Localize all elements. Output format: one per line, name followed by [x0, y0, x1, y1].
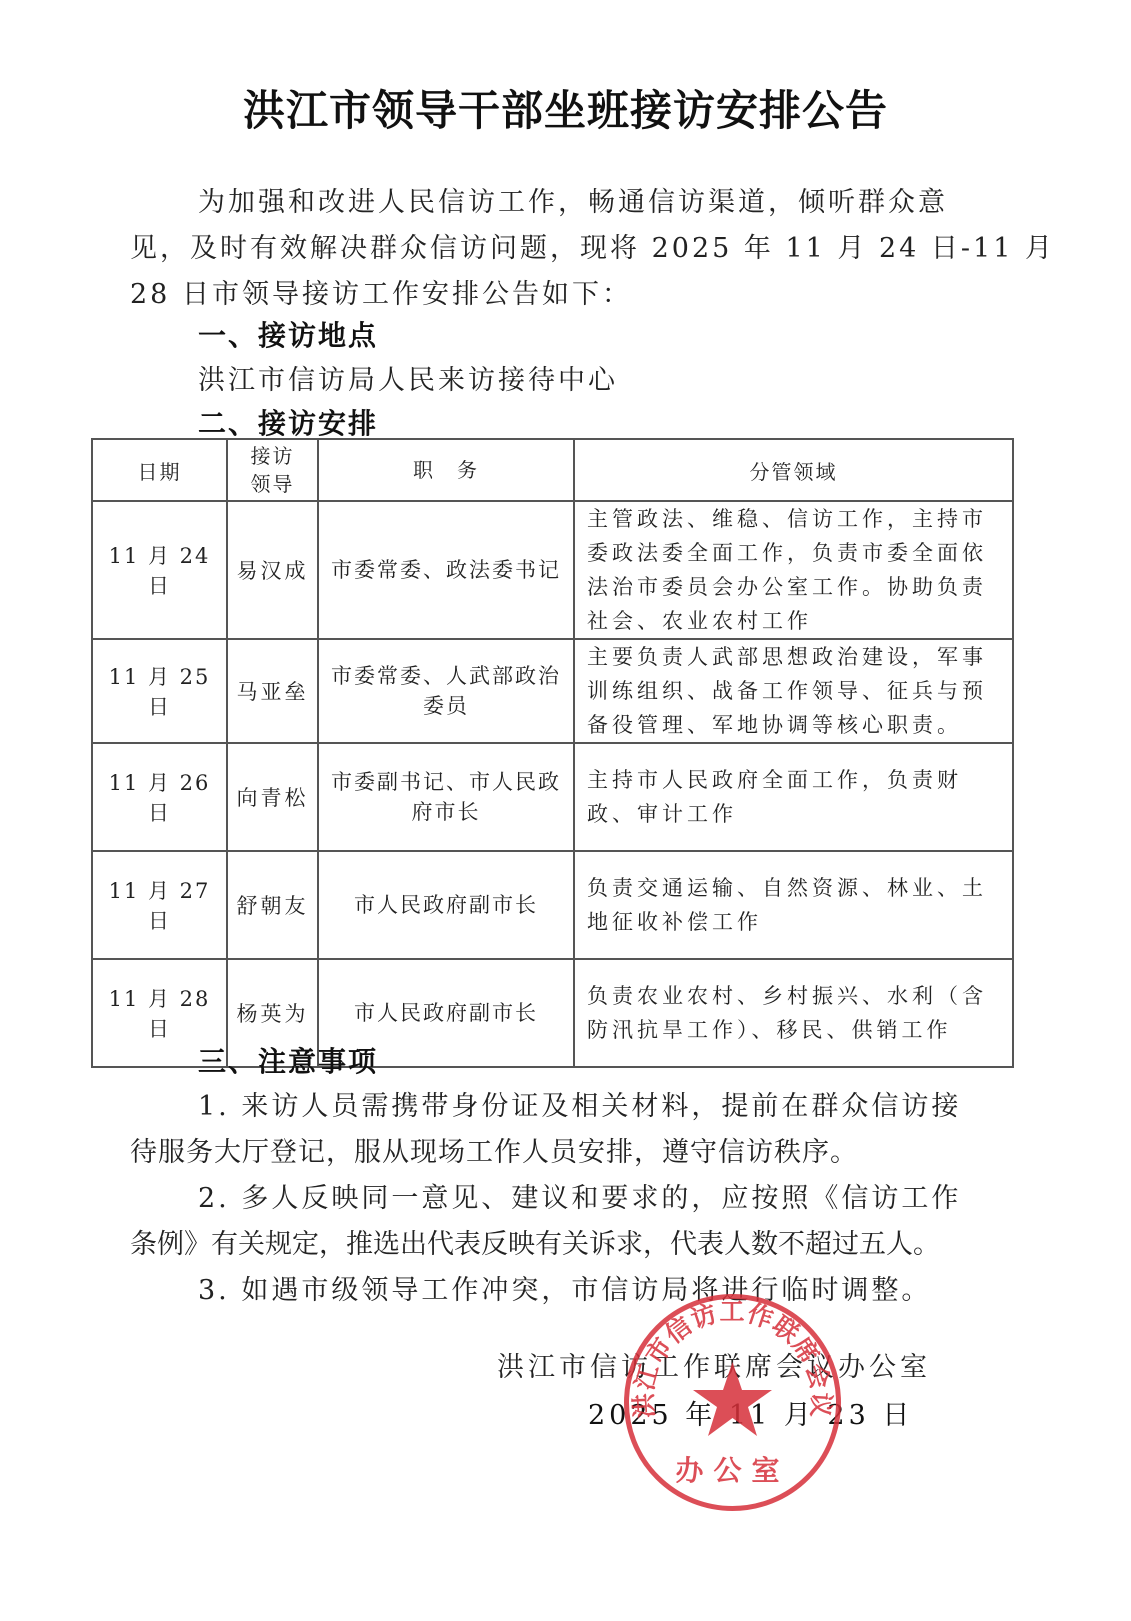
notice-line-2: 待服务大厅登记，服从现场工作人员安排，遵守信访秩序。 [130, 1130, 858, 1169]
document-title: 洪江市领导干部坐班接访安排公告 [0, 78, 1131, 138]
section-2-heading: 二、接访安排 [198, 402, 378, 442]
row-leader: 向青松 [227, 743, 318, 851]
row-leader: 舒朝友 [227, 851, 318, 959]
table-row: 11 月 27 日 舒朝友 市人民政府副市长 负责交通运输、自然资源、林业、土地… [92, 851, 1013, 959]
row-date: 11 月 27 日 [92, 851, 227, 959]
row-leader: 马亚垒 [227, 639, 318, 743]
row-area: 主管政法、维稳、信访工作，主持市委政法委全面工作，负责市委全面依法治市委员会办公… [574, 501, 1013, 639]
row-area: 主要负责人武部思想政治建设，军事训练组织、战备工作领导、征兵与预备役管理、军地协… [574, 639, 1013, 743]
row-date: 11 月 24 日 [92, 501, 227, 639]
header-leader-line-2: 领导 [228, 470, 317, 498]
reception-location: 洪江市信访局人民来访接待中心 [198, 358, 618, 397]
row-position: 市委常委、人武部政治委员 [318, 639, 574, 743]
header-leader-line-1: 接访 [228, 442, 317, 470]
row-position: 市委副书记、市人民政府市长 [318, 743, 574, 851]
notice-line-5: 3. 如遇市级领导工作冲突，市信访局将进行临时调整。 [198, 1268, 931, 1307]
intro-line-3: 28 日市领导接访工作安排公告如下： [130, 272, 632, 311]
table-row: 11 月 26 日 向青松 市委副书记、市人民政府市长 主持市人民政府全面工作，… [92, 743, 1013, 851]
notice-line-3: 2. 多人反映同一意见、建议和要求的，应按照《信访工作 [198, 1176, 961, 1215]
issue-date: 2025 年 11 月 23 日 [588, 1393, 913, 1432]
section-3-heading: 三、注意事项 [198, 1040, 378, 1080]
header-position: 职 务 [318, 439, 574, 501]
issuer-name: 洪江市信访工作联席会议办公室 [497, 1345, 931, 1384]
table-header-row: 日期 接访 领导 职 务 分管领域 [92, 439, 1013, 501]
intro-line-2: 见，及时有效解决群众信访问题，现将 2025 年 11 月 24 日-11 月 [130, 226, 1055, 265]
notice-line-4: 条例》有关规定，推选出代表反映有关诉求，代表人数不超过五人。 [130, 1222, 940, 1261]
seal-bottom-text: 办公室 [675, 1454, 789, 1487]
announcement-page: 洪江市领导干部坐班接访安排公告 为加强和改进人民信访工作，畅通信访渠道，倾听群众… [0, 0, 1131, 1621]
row-leader: 易汉成 [227, 501, 318, 639]
row-area: 负责农业农村、乡村振兴、水利（含防汛抗旱工作）、移民、供销工作 [574, 959, 1013, 1067]
header-area: 分管领域 [574, 439, 1013, 501]
intro-line-1: 为加强和改进人民信访工作，畅通信访渠道，倾听群众意 [198, 180, 948, 219]
row-date: 11 月 26 日 [92, 743, 227, 851]
row-date: 11 月 25 日 [92, 639, 227, 743]
row-area: 负责交通运输、自然资源、林业、土地征收补偿工作 [574, 851, 1013, 959]
header-leader: 接访 领导 [227, 439, 318, 501]
table-row: 11 月 24 日 易汉成 市委常委、政法委书记 主管政法、维稳、信访工作，主持… [92, 501, 1013, 639]
schedule-table: 日期 接访 领导 职 务 分管领域 11 月 24 日 易汉成 市委常委、政法委… [91, 438, 1014, 1068]
row-area: 主持市人民政府全面工作，负责财政、审计工作 [574, 743, 1013, 851]
section-1-heading: 一、接访地点 [198, 314, 378, 354]
row-position: 市委常委、政法委书记 [318, 501, 574, 639]
notice-line-1: 1. 来访人员需携带身份证及相关材料，提前在群众信访接 [198, 1084, 961, 1123]
header-date: 日期 [92, 439, 227, 501]
row-position: 市人民政府副市长 [318, 851, 574, 959]
table-row: 11 月 25 日 马亚垒 市委常委、人武部政治委员 主要负责人武部思想政治建设… [92, 639, 1013, 743]
